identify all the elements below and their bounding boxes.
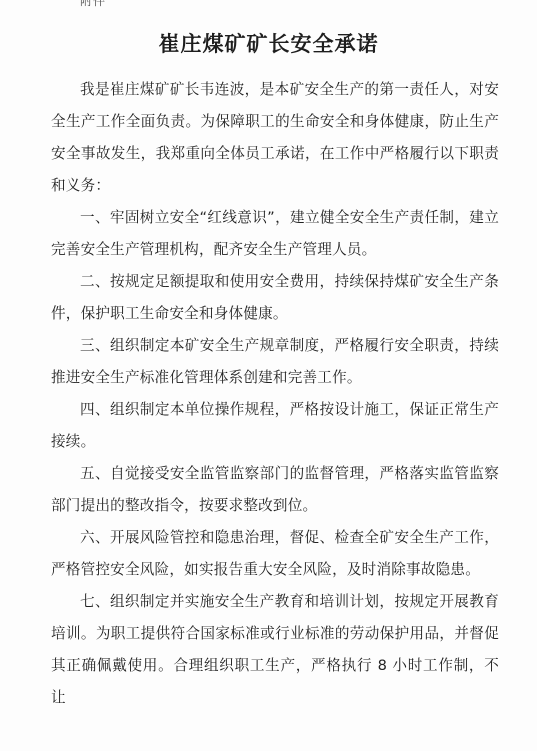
paragraph-item-7: 七、组织制定并实施安全生产教育和培训计划，按规定开展教育培训。为职工提供符合国家…: [51, 586, 499, 714]
paragraph-item-6: 六、开展风险管控和隐患治理，督促、检查全矿安全生产工作，严格管控安全风险，如实报…: [51, 522, 499, 586]
header-fragment: 附件: [80, 0, 106, 9]
paragraph-item-1: 一、牢固树立安全“红线意识”，建立健全安全生产责任制，建立完善安全生产管理机构，…: [51, 202, 499, 266]
paragraph-item-2: 二、按规定足额提取和使用安全费用，持续保持煤矿安全生产条件，保护职工生命安全和身…: [51, 266, 499, 330]
paragraph-item-5: 五、自觉接受安全监管监察部门的监督管理，严格落实监管监察部门提出的整改指令，按要…: [51, 458, 499, 522]
paragraph-item-3: 三、组织制定本矿安全生产规章制度，严格履行安全职责，持续推进安全生产标准化管理体…: [51, 330, 499, 394]
document-body: 我是崔庄煤矿矿长韦连波，是本矿安全生产的第一责任人，对安全生产工作全面负责。为保…: [51, 74, 499, 714]
paragraph-intro: 我是崔庄煤矿矿长韦连波，是本矿安全生产的第一责任人，对安全生产工作全面负责。为保…: [51, 74, 499, 202]
document-title: 崔庄煤矿矿长安全承诺: [0, 28, 537, 58]
paragraph-item-4: 四、组织制定本单位操作规程，严格按设计施工，保证正常生产接续。: [51, 394, 499, 458]
